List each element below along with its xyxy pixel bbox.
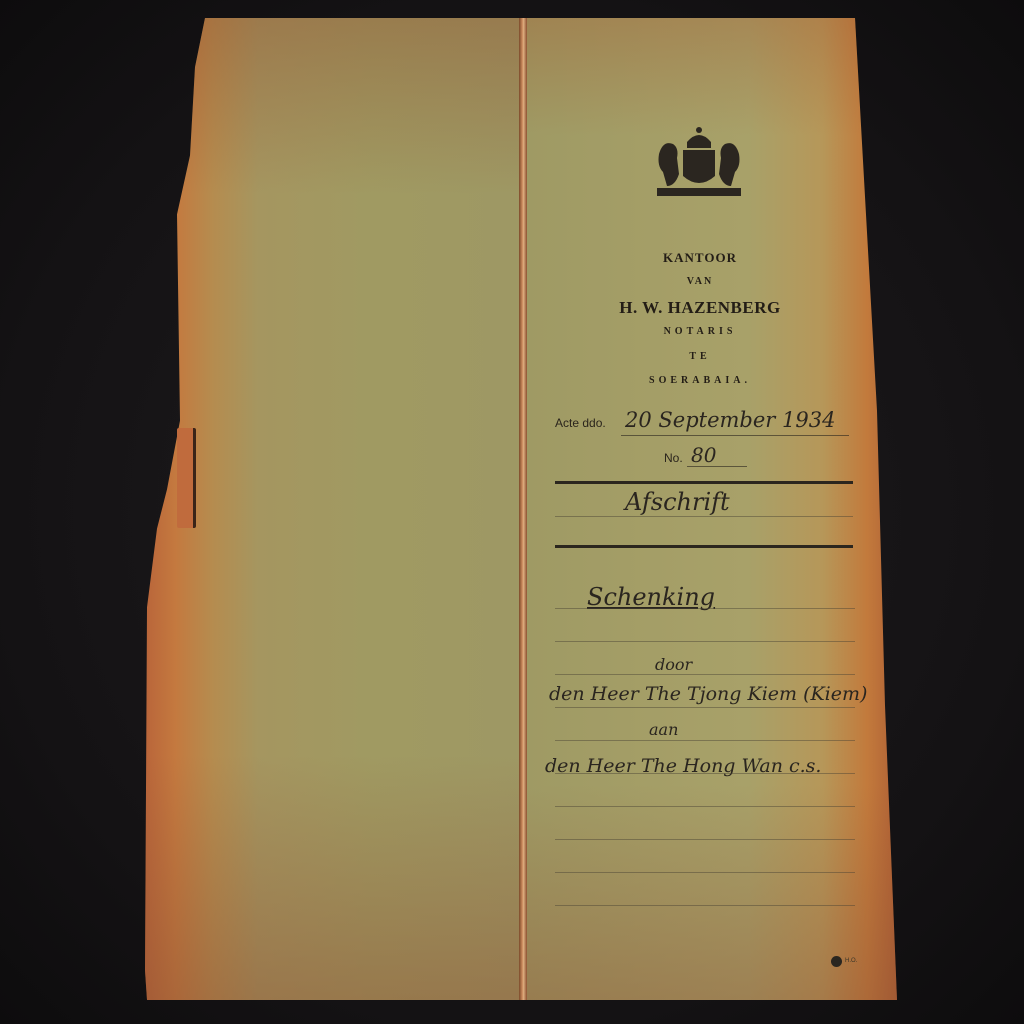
ruled-line <box>555 516 853 517</box>
divider-top <box>555 481 853 484</box>
ruled-line <box>555 806 855 807</box>
ruled-line <box>555 740 855 741</box>
coat-of-arms-icon <box>649 124 749 200</box>
ruled-line <box>555 872 855 873</box>
folder-tab <box>177 428 196 528</box>
acte-label: Acte ddo. <box>555 416 606 430</box>
donor-name: den Heer The Tjong Kiem (Kiem) <box>549 683 867 705</box>
ruled-line <box>555 839 855 840</box>
to-label: aan <box>649 720 678 739</box>
ruled-line <box>555 905 855 906</box>
document-folder: KANTOOR VAN H. W. HAZENBERG NOTARIS TE S… <box>145 18 897 1000</box>
header-city: SOERABAIA. <box>525 375 875 386</box>
deed-type: Schenking <box>587 583 715 611</box>
by-label: door <box>655 655 692 674</box>
cover-content: KANTOOR VAN H. W. HAZENBERG NOTARIS TE S… <box>525 18 897 1000</box>
divider-bottom <box>555 545 853 548</box>
header-te: TE <box>525 351 875 362</box>
ruled-line <box>555 674 855 675</box>
folder-back-panel <box>145 18 523 1000</box>
date-underline <box>621 435 849 436</box>
copy-type: Afschrift <box>625 488 730 516</box>
header-van: VAN <box>525 276 875 287</box>
ruled-line <box>555 608 855 609</box>
acte-date: 20 September 1934 <box>625 408 835 432</box>
header-kantoor: KANTOOR <box>525 250 875 266</box>
number-label: No. <box>664 451 683 465</box>
ruled-line <box>555 707 855 708</box>
printer-mark-text: H.O. <box>845 958 857 964</box>
number-value: 80 <box>691 443 716 467</box>
header-notaris: NOTARIS <box>525 326 875 337</box>
number-underline <box>687 466 747 467</box>
printer-mark-icon <box>831 956 842 967</box>
notary-name: H. W. HAZENBERG <box>525 298 875 318</box>
ruled-line <box>555 641 855 642</box>
ruled-line <box>555 773 855 774</box>
